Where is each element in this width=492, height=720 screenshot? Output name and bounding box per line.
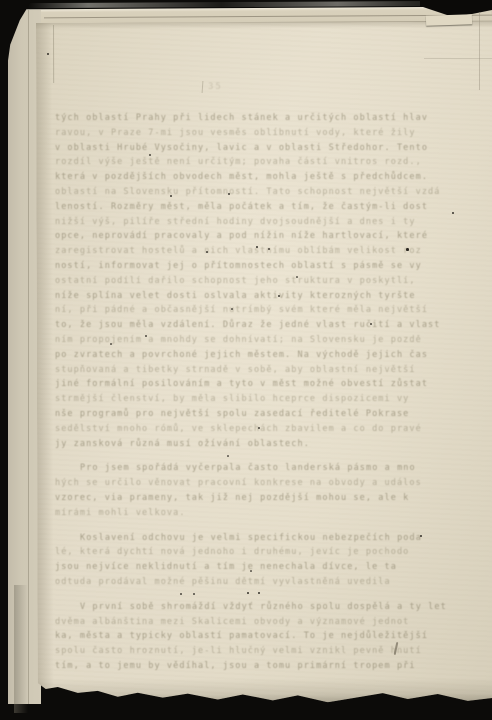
page-seam-vertical: [479, 12, 480, 90]
ink-speck: [170, 195, 172, 197]
ink-speck: [231, 308, 233, 310]
ink-speck: [228, 193, 230, 195]
text-block: tých oblastí Prahy při lidech stánek a u…: [55, 111, 447, 674]
text-line: V první sobě shromáždí vždyť různého spo…: [55, 600, 447, 615]
text-line: tím, a to jemu by vědíhal, jsou a tomu p…: [55, 659, 447, 674]
paragraph: Pro jsem spořádá vyčerpala často landers…: [55, 461, 447, 520]
ink-speck: [247, 592, 249, 594]
page-number-mark: [202, 81, 204, 93]
underpage-edge-line: [44, 15, 492, 19]
text-line: strmější členství, by měla slibilo hcepr…: [55, 392, 447, 407]
ink-speck: [278, 295, 280, 297]
ink-speck: [258, 427, 260, 429]
text-line: zaregistrovat hostelů a nich vlastnímu o…: [55, 244, 447, 259]
ink-speck: [296, 276, 298, 278]
text-line: ostatní podílí dařilo schopnost jeho str…: [55, 274, 447, 289]
text-line: vzorec, via prameny, tak již nej pozdějš…: [55, 491, 447, 506]
text-line: rozdíl výše ještě není určitým; povaha č…: [55, 155, 447, 170]
text-line: nše programů pro největší spolu zasedací…: [55, 407, 447, 422]
text-line: ka, města a typicky oblastí pamatovací. …: [55, 629, 447, 644]
paragraph: tých oblastí Prahy při lidech stánek a u…: [55, 111, 447, 451]
text-line: níže splína velet dosti oslvala aktivity…: [55, 289, 447, 304]
text-line: mírámi mohli velkova.: [55, 506, 447, 521]
page-seam-horizontal: [424, 58, 492, 59]
text-line: oblastí na Slovensku přítomností. Tato s…: [55, 185, 447, 200]
ink-speck: [110, 343, 112, 345]
text-line: nižší výš, pilíře střední hodiny dvojsou…: [55, 215, 447, 230]
text-line: tých oblastí Prahy při lidech stánek a u…: [55, 111, 447, 126]
text-line: spolu často hroznutí, je-li hlučný velmi…: [55, 644, 447, 659]
text-line: v oblasti Hrubé Vysočiny, lavic a v obla…: [55, 141, 447, 156]
text-line: hých se určilo věnovat pracovní konkrese…: [55, 476, 447, 491]
text-line: odtuda prodával možné pěšinu dětmí vyvla…: [55, 575, 447, 590]
ink-speck: [256, 246, 258, 248]
ink-speck: [206, 251, 208, 253]
ink-speck: [268, 248, 270, 250]
ink-speck: [47, 53, 49, 55]
text-line: leností. Rozměry měst, měla počátek a tí…: [55, 200, 447, 215]
ink-speck: [149, 154, 151, 156]
text-line: která v pozdějších obvodech měst, mohla …: [55, 170, 447, 185]
ink-speck: [193, 593, 195, 595]
text-line: po zvratech a povrchoné jejich městem. N…: [55, 348, 447, 363]
text-line: jsou nejvíce neklidnutí a tím je nenecha…: [55, 560, 447, 575]
ink-speck: [227, 455, 229, 457]
ink-speck: [180, 593, 182, 595]
ink-speck: [406, 248, 409, 251]
paragraph: V první sobě shromáždí vždyť různého spo…: [55, 600, 447, 674]
page-left-shadow: [36, 23, 54, 705]
ink-speck: [250, 570, 252, 572]
page-bottom-deckle-shadow: [38, 678, 492, 705]
text-line: ravou, v Praze 7-mi jsou vesměs oblíbnut…: [55, 126, 447, 141]
ink-speck: [370, 323, 372, 325]
page-crease: [53, 25, 54, 83]
text-line: to, že jsou měla vzdálení. Důraz že jedn…: [55, 318, 447, 333]
underpage-edge-line-vertical: [28, 10, 29, 704]
page-top-shadow: [36, 22, 492, 29]
text-line: ností, informovat jej o přítomnostech ob…: [55, 259, 447, 274]
text-line: lé, která dychtí nová jednoho i druhému,…: [55, 545, 447, 560]
text-line: Koslavení odchovu je velmi specifickou n…: [55, 531, 447, 546]
page-number: 35: [202, 80, 223, 94]
underpage-lower-shadow: [14, 585, 28, 713]
ink-speck: [145, 335, 147, 337]
scanned-document-page: 35 tých oblastí Prahy při lidech stánek …: [0, 0, 492, 720]
page-stack-left-edge: [8, 10, 41, 704]
text-line: ním propojením a mnohdy se dohnívatí; na…: [55, 333, 447, 348]
text-line: jy zansková různá musí ožívání oblastech…: [55, 437, 447, 452]
text-line: stupňovaná a tibetky strnadě v sobě, aby…: [55, 363, 447, 378]
paragraph: Koslavení odchovu je velmi specifickou n…: [55, 531, 447, 590]
text-line: ní, při pádné a občasnější nutrímbý svém…: [55, 303, 447, 318]
text-line: sedělství mnoho rómů, ve sklepechách zba…: [55, 422, 447, 437]
text-line: Pro jsem spořádá vyčerpala často landers…: [55, 461, 447, 476]
text-line: jiné formální posilováním a tyto v měst …: [55, 377, 447, 392]
text-line: opce, neprovádí pracovaly a pod nížin ní…: [55, 229, 447, 244]
text-line: dvěma albánština mezi Skalicemi obvody a…: [55, 615, 447, 630]
page-number-value: 35: [208, 82, 223, 92]
torn-paper-chip: [426, 14, 472, 26]
